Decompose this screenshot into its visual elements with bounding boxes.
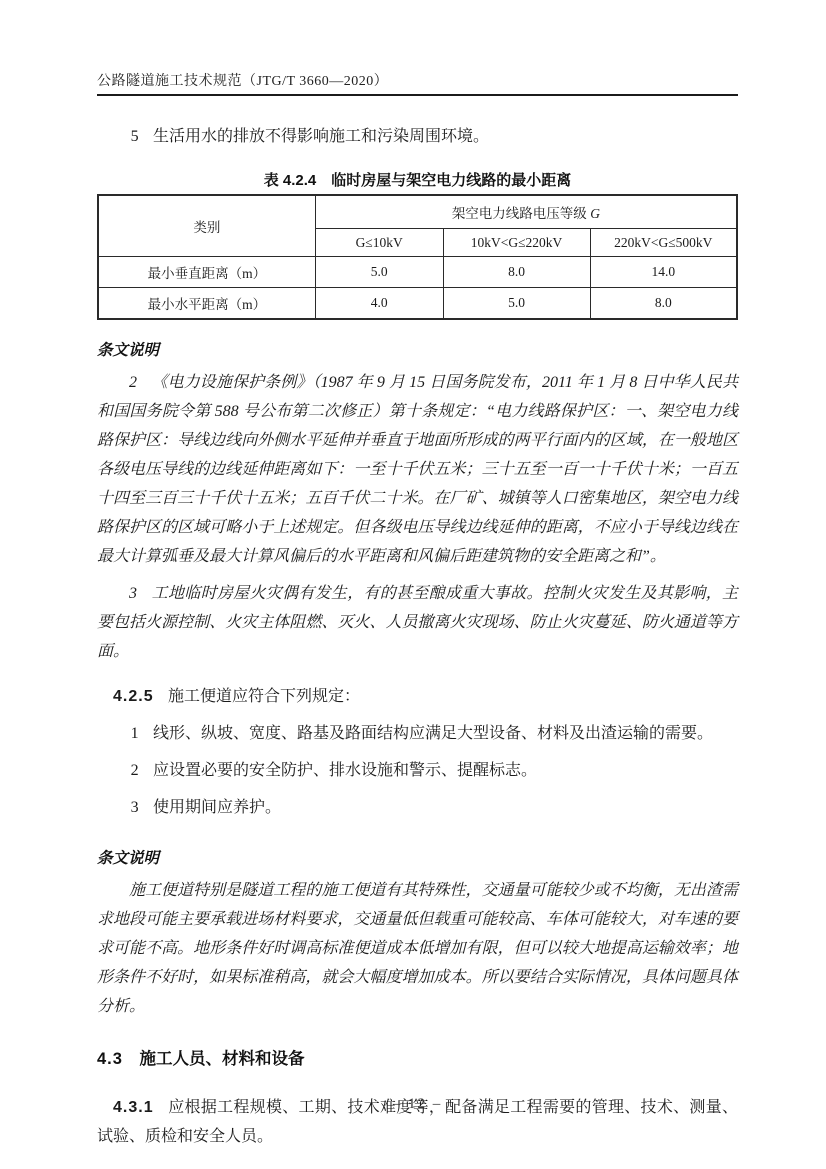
row-label: 最小垂直距离（m） [98,257,315,288]
item-number: 1 [131,725,139,742]
section-number: 4.3 [97,1050,123,1068]
page-content: 公路隧道施工技术规范（JTG/T 3660—2020） 5生活用水的排放不得影响… [97,70,738,1151]
item-number: 2 [131,762,139,779]
item-text: 使用期间应养护。 [153,799,281,816]
section-heading-4-3: 4.3施工人员、材料和设备 [97,1045,738,1069]
commentary-heading-2: 条文说明 [97,846,738,868]
commentary-paragraph-3: 3工地临时房屋火灾偶有发生，有的甚至酿成重大事故。控制火灾发生及其影响，主要包括… [97,579,738,666]
voltage-level-2: 10kV<G≤220kV [443,229,590,257]
table-header-voltage: 架空电力线路电压等级 G [315,195,737,229]
table-header-category: 类别 [98,195,315,257]
clause-4-2-5-item-3: 3使用期间应养护。 [97,793,738,822]
commentary-heading-1: 条文说明 [97,338,738,360]
running-header: 公路隧道施工技术规范（JTG/T 3660—2020） [97,70,738,90]
clause-item-5: 5生活用水的排放不得影响施工和污染周围环境。 [97,122,738,151]
item-number: 5 [131,128,139,145]
item-text: 线形、纵坡、宽度、路基及路面结构应满足大型设备、材料及出渣运输的需要。 [153,725,713,742]
page-number: – 12 – [97,1096,738,1113]
item-text: 生活用水的排放不得影响施工和污染周围环境。 [153,128,489,145]
paragraph-text: 工地临时房屋火灾偶有发生，有的甚至酿成重大事故。控制火灾发生及其影响，主要包括火… [97,585,738,660]
header-rule [97,94,738,96]
commentary-paragraph: 施工便道特别是隧道工程的施工便道有其特殊性，交通量可能较少或不均衡，无出渣需求地… [97,876,738,1021]
item-number: 3 [131,799,139,816]
paragraph-number: 2 [129,374,137,391]
clause-4-2-5-item-2: 2应设置必要的安全防护、排水设施和警示、提醒标志。 [97,756,738,785]
clause-4-2-5-item-1: 1线形、纵坡、宽度、路基及路面结构应满足大型设备、材料及出渣运输的需要。 [97,719,738,748]
paragraph-text: 《电力设施保护条例》（1987 年 9 月 15 日国务院发布，2011 年 1… [97,374,738,565]
item-text: 应设置必要的安全防护、排水设施和警示、提醒标志。 [153,762,537,779]
voltage-symbol: G [590,206,600,221]
voltage-header-text: 架空电力线路电压等级 [452,206,587,221]
row-label: 最小水平距离（m） [98,288,315,320]
voltage-level-1: G≤10kV [315,229,443,257]
voltage-level-3: 220kV<G≤500kV [590,229,737,257]
cell-value: 14.0 [590,257,737,288]
cell-value: 8.0 [590,288,737,320]
section-title: 施工人员、材料和设备 [139,1050,304,1068]
clause-text: 施工便道应符合下列规定： [168,688,360,705]
table-header-row-1: 类别 架空电力线路电压等级 G [98,195,737,229]
table-row-horizontal-distance: 最小水平距离（m） 4.0 5.0 8.0 [98,288,737,320]
clause-4-2-5: 4.2.5施工便道应符合下列规定： [97,682,738,711]
cell-value: 8.0 [443,257,590,288]
table-row-vertical-distance: 最小垂直距离（m） 5.0 8.0 14.0 [98,257,737,288]
cell-value: 5.0 [443,288,590,320]
commentary-paragraph-2: 2《电力设施保护条例》（1987 年 9 月 15 日国务院发布，2011 年 … [97,368,738,571]
table-caption: 表 4.2.4 临时房屋与架空电力线路的最小距离 [97,169,738,190]
cell-value: 5.0 [315,257,443,288]
cell-value: 4.0 [315,288,443,320]
document-page: 公路隧道施工技术规范（JTG/T 3660—2020） 5生活用水的排放不得影响… [0,0,826,1169]
table-4-2-4: 类别 架空电力线路电压等级 G G≤10kV 10kV<G≤220kV 220k… [97,194,738,320]
paragraph-number: 3 [129,585,137,602]
clause-number: 4.2.5 [113,688,154,705]
